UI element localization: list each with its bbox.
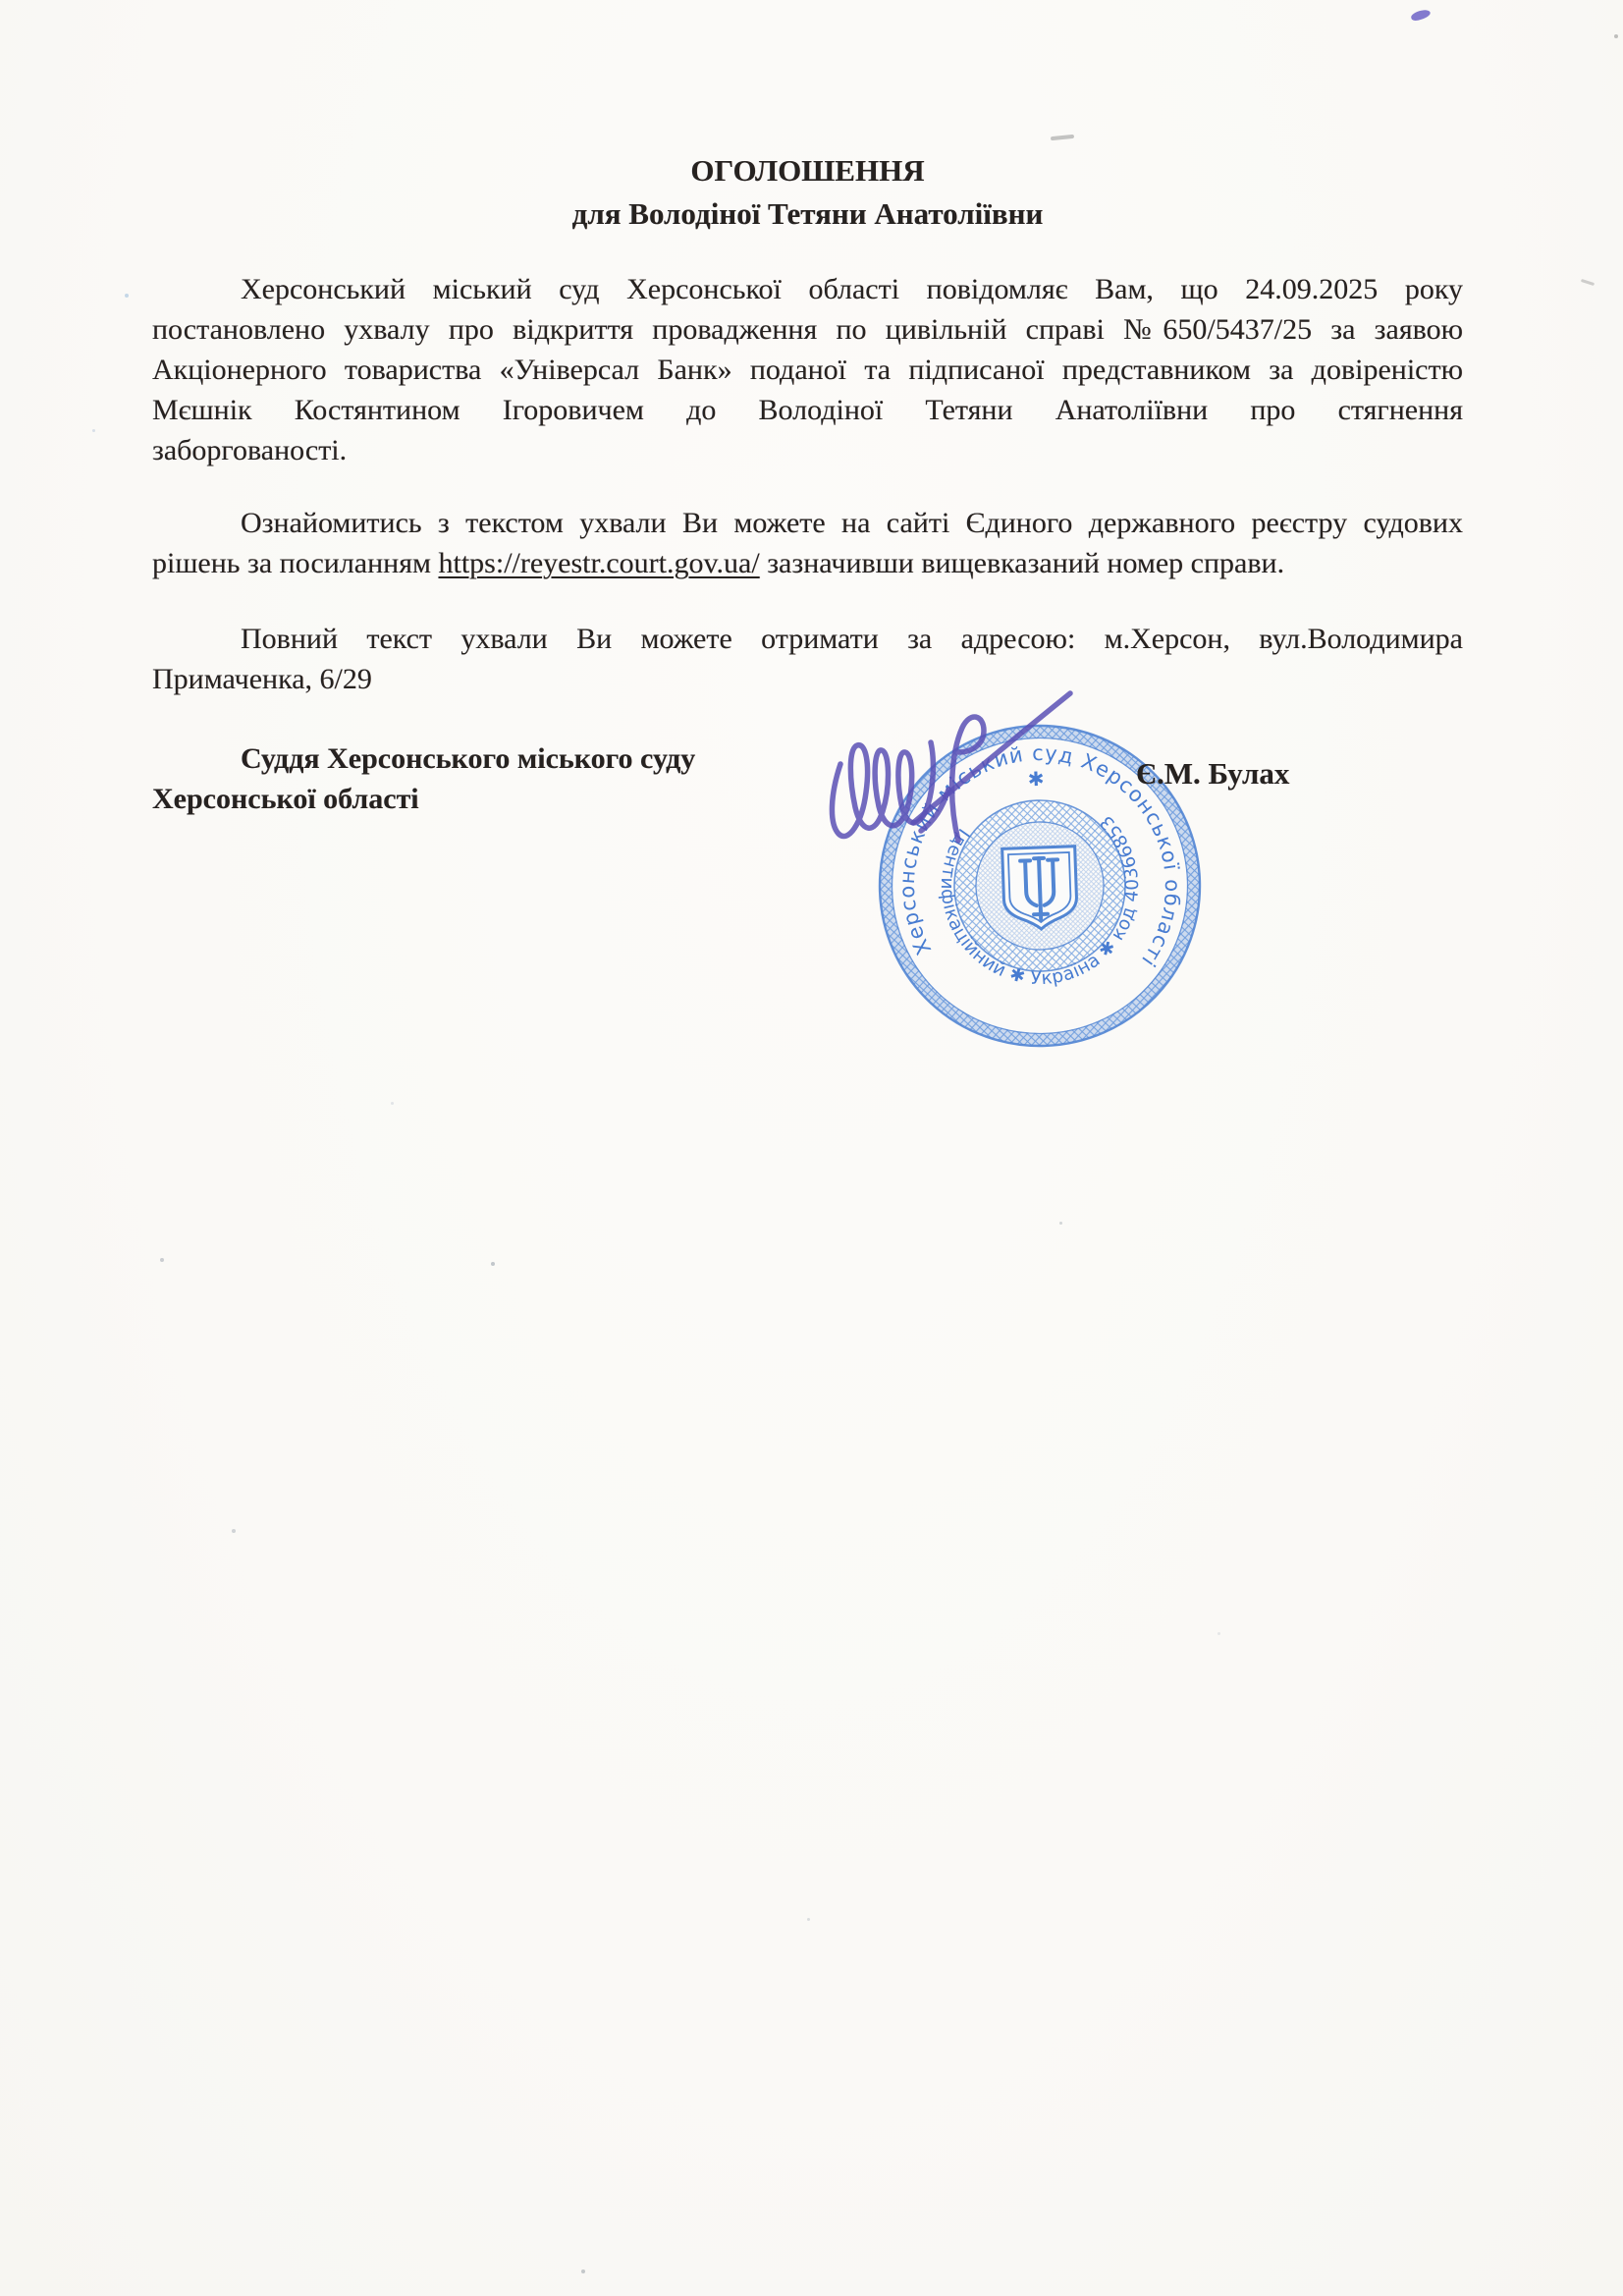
judge-signature bbox=[803, 674, 1098, 870]
page-title: ОГОЛОШЕННЯ bbox=[152, 153, 1463, 189]
pencil-mark bbox=[1581, 279, 1595, 286]
pencil-mark bbox=[1051, 135, 1074, 140]
text-line: Акціонерного товариства «Універсал Банк»… bbox=[152, 350, 1463, 390]
text-line: постановлено ухвалу про відкриття провад… bbox=[152, 309, 1463, 350]
registry-url-link: https://reyestr.court.gov.ua/ bbox=[439, 547, 760, 579]
text-line: Повний текст ухвали Ви можете отримати з… bbox=[152, 619, 1463, 659]
paragraph-notice: Херсонський міський суд Херсонської обла… bbox=[152, 269, 1463, 470]
text-line: рішень за посиланням https://reyestr.cou… bbox=[152, 543, 1463, 583]
text-line: заборгованості. bbox=[152, 430, 1463, 470]
dust-speck bbox=[1614, 34, 1618, 38]
ink-blot-mark bbox=[1410, 9, 1431, 22]
judge-name: Є.М. Булах bbox=[1136, 756, 1289, 792]
dust-speck bbox=[160, 1258, 164, 1262]
dust-speck bbox=[391, 1102, 394, 1105]
dust-speck bbox=[807, 1918, 810, 1921]
dust-speck bbox=[1217, 1632, 1220, 1635]
page-subtitle: для Володіної Тетяни Анатоліївни bbox=[152, 196, 1463, 232]
paragraph-registry: Ознайомитись з текстом ухвали Ви можете … bbox=[152, 503, 1463, 583]
text-line: Мєшнік Костянтином Ігоровичем до Володін… bbox=[152, 390, 1463, 430]
dust-speck bbox=[125, 294, 129, 298]
dust-speck bbox=[92, 429, 95, 432]
dust-speck bbox=[491, 1262, 495, 1266]
text-segment: зазначивши вищевказаний номер справи. bbox=[760, 547, 1284, 579]
text-segment: рішень за посиланням bbox=[152, 547, 439, 579]
dust-speck bbox=[581, 2269, 585, 2273]
text-line: Херсонський міський суд Херсонської обла… bbox=[152, 269, 1463, 309]
scanned-court-announcement: ОГОЛОШЕННЯ для Володіної Тетяни Анатолії… bbox=[0, 0, 1623, 2296]
dust-speck bbox=[232, 1529, 236, 1533]
text-line: Ознайомитись з текстом ухвали Ви можете … bbox=[152, 503, 1463, 543]
dust-speck bbox=[1059, 1222, 1062, 1225]
